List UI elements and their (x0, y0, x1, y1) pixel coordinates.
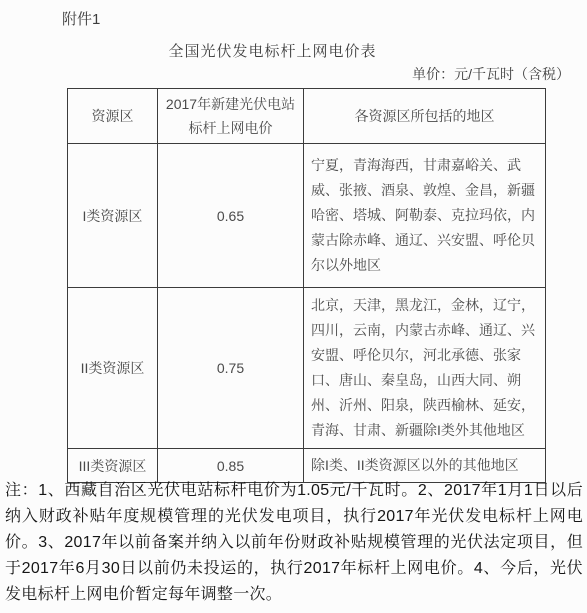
table-row: I类资源区 0.65 宁夏，青海海西，甘肃嘉峪关、武威、张掖、酒泉、敦煌、金昌，… (68, 144, 546, 288)
regions-cell-class2: 北京，天津，黑龙江，金林，辽宁，四川，云南，内蒙古赤峰、通辽、兴安盟、呼伦贝尔，… (304, 288, 546, 449)
table-header: 资源区 2017年新建光伏电站标杆上网电价 各资源区所包括的地区 (68, 89, 546, 144)
header-zone: 资源区 (68, 89, 158, 144)
zone-cell-class2: II类资源区 (68, 288, 158, 449)
attachment-label: 附件1 (62, 8, 100, 29)
zone-cell-class1: I类资源区 (68, 144, 158, 288)
header-regions: 各资源区所包括的地区 (304, 89, 546, 144)
price-cell-class1: 0.65 (158, 144, 304, 288)
tariff-table: 资源区 2017年新建光伏电站标杆上网电价 各资源区所包括的地区 I类资源区 0… (67, 88, 546, 483)
table-row: II类资源区 0.75 北京，天津，黑龙江，金林，辽宁，四川，云南，内蒙古赤峰、… (68, 288, 546, 449)
header-price: 2017年新建光伏电站标杆上网电价 (158, 89, 304, 144)
header-row: 资源区 2017年新建光伏电站标杆上网电价 各资源区所包括的地区 (68, 89, 546, 144)
unit-note: 单价：元/千瓦时（含税） (412, 64, 570, 84)
page-title: 全国光伏发电标杆上网电价表 (0, 40, 545, 61)
document-page: 附件1 全国光伏发电标杆上网电价表 单价：元/千瓦时（含税） 资源区 2017年… (0, 0, 587, 613)
regions-cell-class1: 宁夏，青海海西，甘肃嘉峪关、武威、张掖、酒泉、敦煌、金昌，新疆哈密、塔城、阿勒泰… (304, 144, 546, 288)
footnotes: 注：1、西藏自治区光伏电站标杆电价为1.05元/千瓦时。2、2017年1月1日以… (5, 478, 583, 608)
price-cell-class2: 0.75 (158, 288, 304, 449)
